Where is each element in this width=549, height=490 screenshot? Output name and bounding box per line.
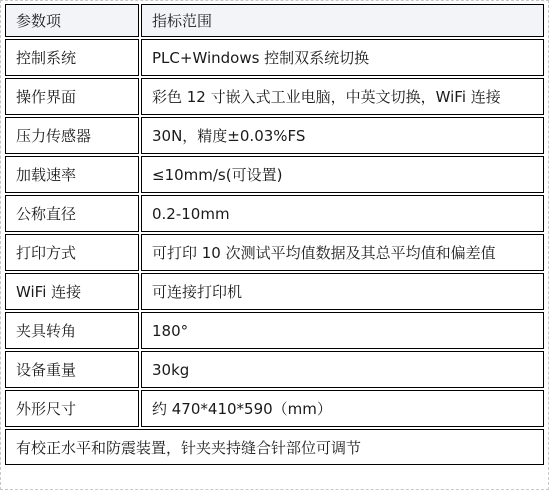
row-value: 彩色 12 寸嵌入式工业电脑，中英文切换，WiFi 连接 <box>141 78 544 115</box>
row-value: PLC+Windows 控制双系统切换 <box>141 39 544 76</box>
row-value: 30N，精度±0.03%FS <box>141 117 544 154</box>
row-value: 180° <box>141 312 544 349</box>
row-param: 控制系统 <box>5 39 139 76</box>
row-param: 加载速率 <box>5 156 139 193</box>
table-row: 设备重量 30kg <box>5 351 544 388</box>
table-row: 控制系统 PLC+Windows 控制双系统切换 <box>5 39 544 76</box>
row-value: 0.2-10mm <box>141 195 544 232</box>
row-param: 设备重量 <box>5 351 139 388</box>
header-value: 指标范围 <box>141 4 544 37</box>
table-row: 压力传感器 30N，精度±0.03%FS <box>5 117 544 154</box>
row-value: 30kg <box>141 351 544 388</box>
row-param: 公称直径 <box>5 195 139 232</box>
table-row: WiFi 连接 可连接打印机 <box>5 273 544 310</box>
spec-table: 参数项 指标范围 控制系统 PLC+Windows 控制双系统切换 操作界面 彩… <box>3 2 546 467</box>
table-row: 外形尺寸 约 470*410*590（mm） <box>5 390 544 427</box>
row-param: 操作界面 <box>5 78 139 115</box>
row-value: ≤10mm/s(可设置) <box>141 156 544 193</box>
row-param: 压力传感器 <box>5 117 139 154</box>
table-row: 公称直径 0.2-10mm <box>5 195 544 232</box>
header-param: 参数项 <box>5 4 139 37</box>
table-row: 操作界面 彩色 12 寸嵌入式工业电脑，中英文切换，WiFi 连接 <box>5 78 544 115</box>
footer-note: 有校正水平和防震装置，针夹夹持缝合针部位可调节 <box>5 429 544 465</box>
row-param: 外形尺寸 <box>5 390 139 427</box>
row-param: 夹具转角 <box>5 312 139 349</box>
table-footer-row: 有校正水平和防震装置，针夹夹持缝合针部位可调节 <box>5 429 544 465</box>
row-param: WiFi 连接 <box>5 273 139 310</box>
row-value: 可连接打印机 <box>141 273 544 310</box>
table-row: 加载速率 ≤10mm/s(可设置) <box>5 156 544 193</box>
row-param: 打印方式 <box>5 234 139 271</box>
row-value: 可打印 10 次测试平均值数据及其总平均值和偏差值 <box>141 234 544 271</box>
table-row: 打印方式 可打印 10 次测试平均值数据及其总平均值和偏差值 <box>5 234 544 271</box>
table-row: 夹具转角 180° <box>5 312 544 349</box>
table-header-row: 参数项 指标范围 <box>5 4 544 37</box>
row-value: 约 470*410*590（mm） <box>141 390 544 427</box>
